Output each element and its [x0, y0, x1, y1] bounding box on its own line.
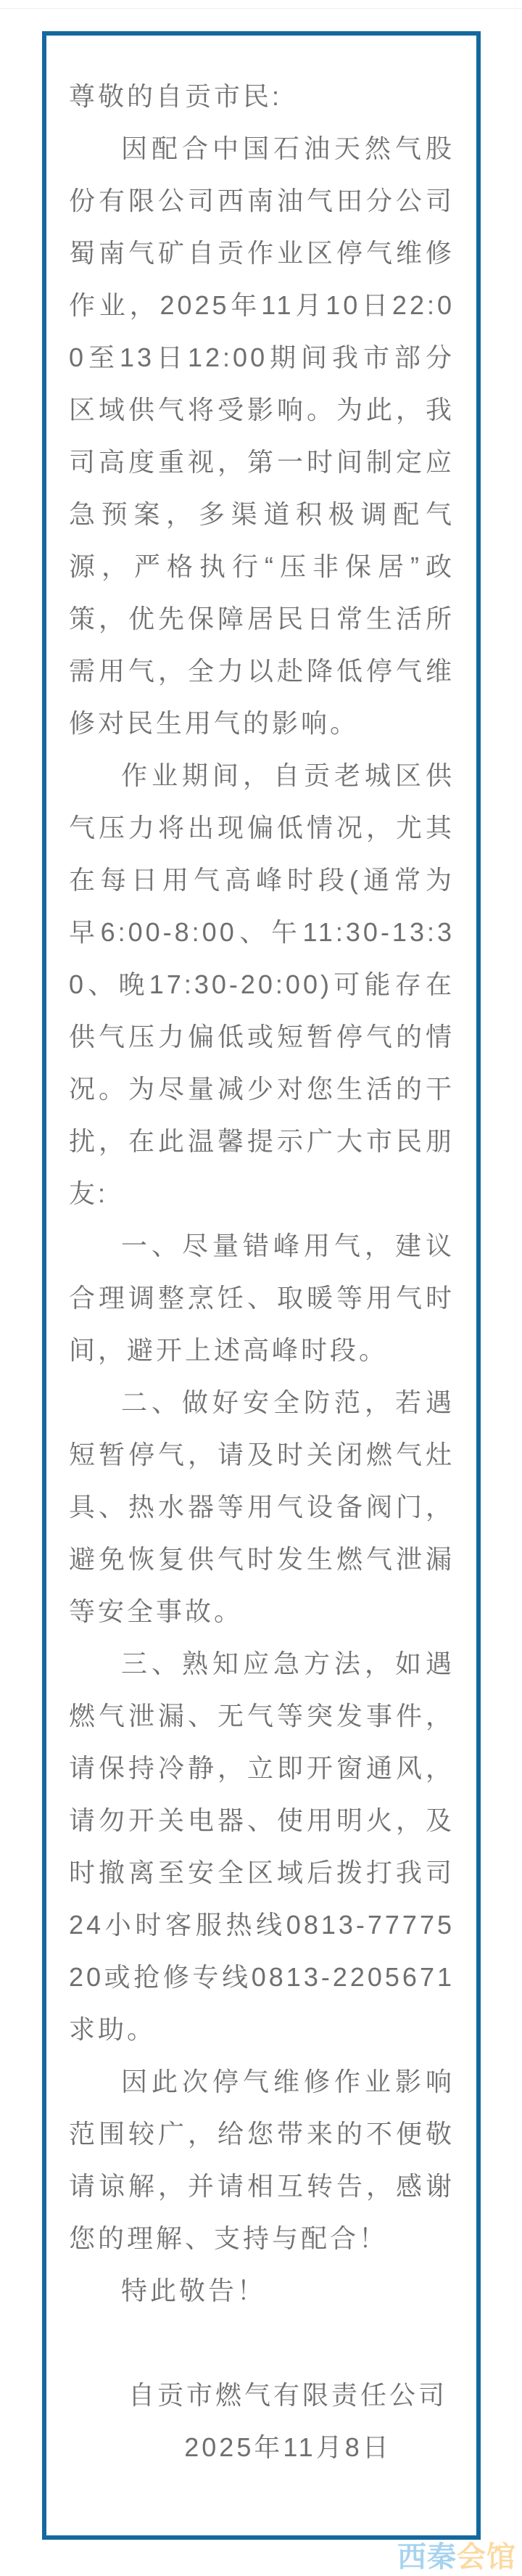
notice-closing: 特此敬告！ [69, 2265, 455, 2317]
watermark: 西秦会馆 [397, 2541, 516, 2573]
notice-paragraph-impact: 作业期间，自贡老城区供气压力将出现偏低情况，尤其在每日用气高峰时段(通常为早6:… [69, 750, 455, 1220]
watermark-text-orange: 会馆 [457, 2541, 516, 2573]
notice-box: 尊敬的自贡市民: 因配合中国石油天然气股份有限公司西南油气田分公司蜀南气矿自贡作… [42, 31, 481, 2540]
signature-block: 自贡市燃气有限责任公司 2025年11月8日 [69, 2369, 455, 2474]
notice-paragraph-tip-2: 二、做好安全防范，若遇短暂停气，请及时关闭燃气灶具、热水器等用气设备阀门，避免恢… [69, 1377, 455, 1638]
company-name: 自贡市燃气有限责任公司 [95, 2369, 481, 2421]
top-divider [0, 8, 522, 9]
notice-page: 尊敬的自贡市民: 因配合中国石油天然气股份有限公司西南油气田分公司蜀南气矿自贡作… [0, 0, 522, 2576]
notice-date: 2025年11月8日 [95, 2421, 481, 2474]
notice-paragraph-tip-3: 三、熟知应急方法，如遇燃气泄漏、无气等突发事件，请保持冷静，立即开窗通风，请勿开… [69, 1638, 455, 2056]
notice-paragraph-apology: 因此次停气维修作业影响范围较广，给您带来的不便敬请谅解，并请相互转告，感谢您的理… [69, 2056, 455, 2265]
notice-paragraph-intro: 因配合中国石油天然气股份有限公司西南油气田分公司蜀南气矿自贡作业区停气维修作业，… [69, 123, 455, 750]
notice-paragraph-tip-1: 一、尽量错峰用气，建议合理调整烹饪、取暖等用气时间，避开上述高峰时段。 [69, 1220, 455, 1377]
notice-greeting: 尊敬的自贡市民: [69, 70, 455, 123]
watermark-text-blue: 西秦 [397, 2541, 457, 2573]
